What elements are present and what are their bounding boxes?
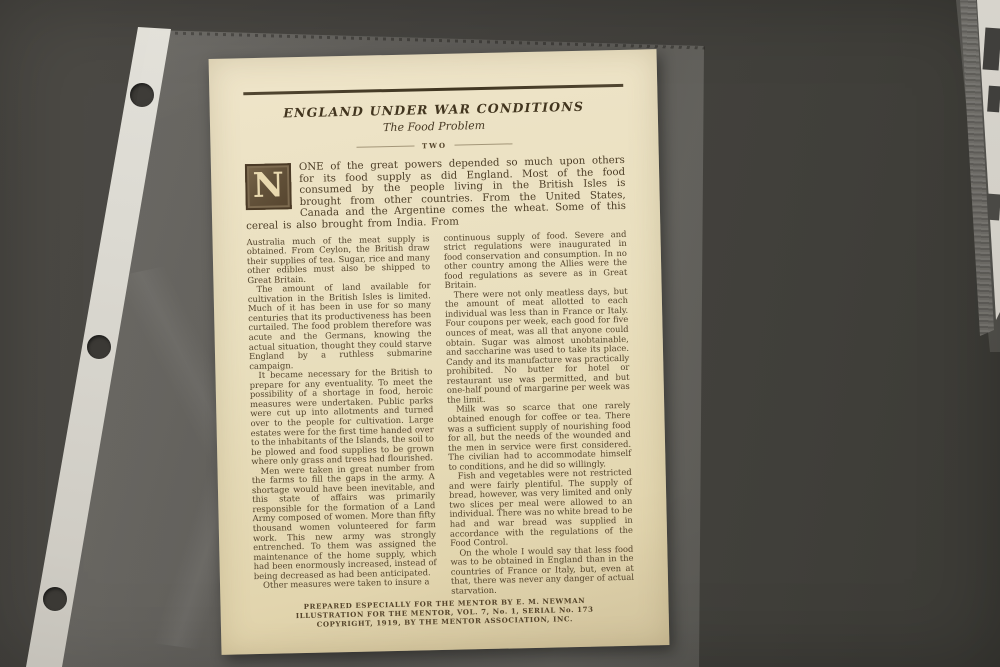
body-paragraph: Other measures were taken to insure a <box>254 577 437 591</box>
adjacent-photo-fragment <box>987 86 1000 113</box>
body-paragraph: continuous supply of food. Severe and st… <box>443 229 627 290</box>
body-paragraph: Fish and vegetables were not restricted … <box>449 468 634 548</box>
punch-hole <box>43 587 67 611</box>
header-rule <box>243 84 623 95</box>
section-label: TWO <box>422 141 447 151</box>
intro-text: ONE of the great powers depended so much… <box>246 155 626 232</box>
body-paragraph: There were not only meatless days, but t… <box>445 287 630 406</box>
punch-hole <box>87 335 111 359</box>
adjacent-photo-fragment <box>983 27 1000 70</box>
imprint: PREPARED ESPECIALLY FOR THE MENTOR BY E.… <box>254 595 634 630</box>
drop-cap: N <box>245 163 292 210</box>
body-paragraph: The amount of land available for cultiva… <box>248 281 433 371</box>
section-divider: TWO <box>244 137 624 154</box>
punch-hole <box>130 83 154 107</box>
column-right: continuous supply of food. Severe and st… <box>443 229 634 596</box>
body-paragraph: Milk was so scarce that one rarely obtai… <box>447 401 631 472</box>
intro-paragraph: N ONE of the great powers depended so mu… <box>245 155 626 233</box>
body-paragraph: Australia much of the meat supply is obt… <box>246 234 430 286</box>
document-page: ENGLAND UNDER WAR CONDITIONS The Food Pr… <box>209 49 670 655</box>
photo-of-document: ENGLAND UNDER WAR CONDITIONS The Food Pr… <box>0 0 1000 667</box>
body-paragraph: Men were taken in great number from the … <box>251 463 436 582</box>
divider-rule-left <box>357 145 415 147</box>
body-paragraph: On the whole I would say that less food … <box>450 544 634 596</box>
divider-rule-right <box>454 143 512 145</box>
column-left: Australia much of the meat supply is obt… <box>246 234 437 601</box>
body-columns: Australia much of the meat supply is obt… <box>246 229 634 600</box>
body-paragraph: It became necessary for the British to p… <box>249 367 434 466</box>
